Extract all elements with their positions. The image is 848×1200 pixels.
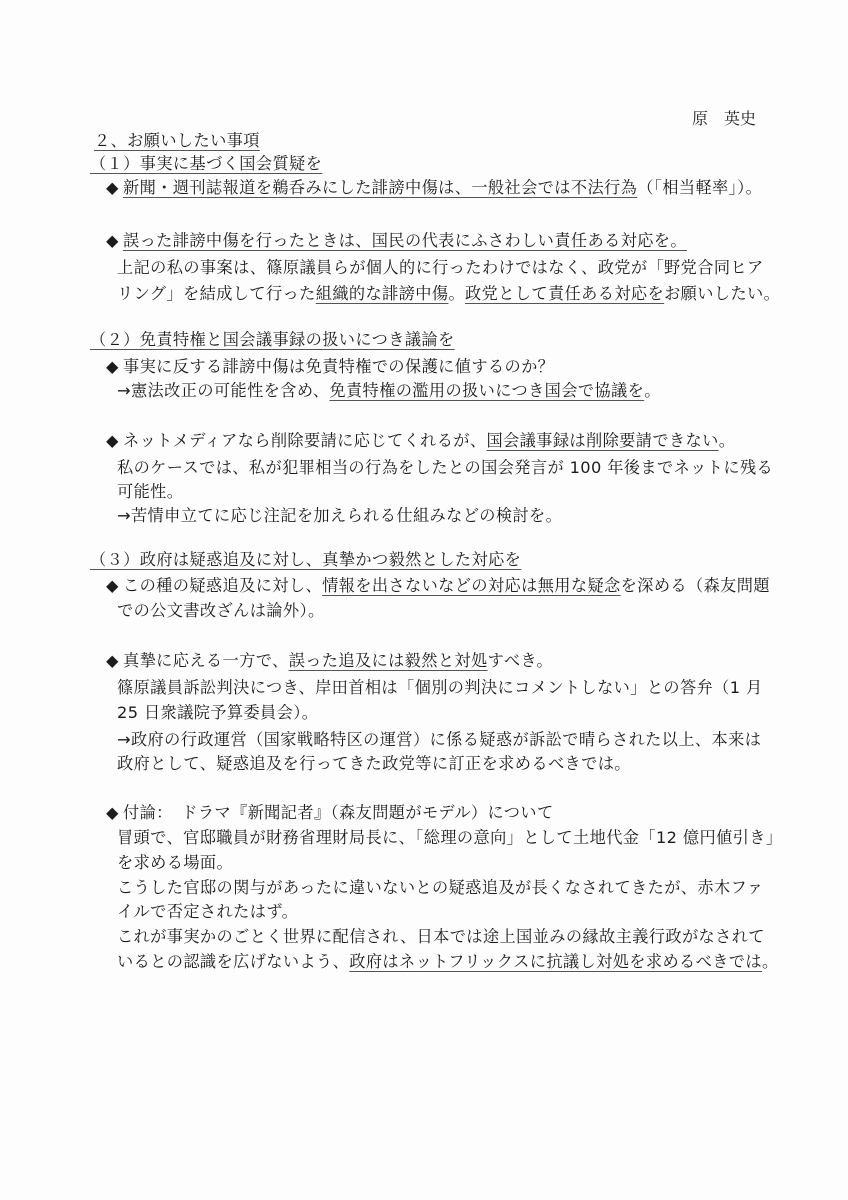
subsection-heading-3: （３）政府は疑惑追及に対し、真摯かつ毅然とした対応を — [90, 550, 521, 570]
paragraph-line: 可能性。 — [117, 482, 183, 502]
subsection-heading-1: （１）事実に基づく国会質疑を — [90, 154, 322, 174]
paragraph-line: イルで否定されたはず。 — [117, 902, 298, 922]
paragraph-line: →憲法改正の可能性を含め、免責特権の濫用の扱いにつき国会で協議を。 — [117, 381, 661, 401]
paragraph-line: 上記の私の事案は、篠原議員らが個人的に行ったわけではなく、政党が「野党合同ヒア — [117, 258, 764, 278]
paragraph-line: 政府として、疑惑追及を行ってきた政党等に訂正を求めるべきでは。 — [117, 754, 631, 774]
bullet-item-3-2: ◆真摯に応える一方で、誤った追及には毅然と対処すべき。 — [106, 651, 553, 671]
diamond-bullet-icon: ◆ — [106, 357, 123, 377]
bullet-item-1-2: ◆誤った誹謗中傷を行ったときは、国民の代表にふさわしい責任ある対応を。 — [106, 231, 687, 251]
document-page: 原 英史 ２、お願いしたい事項 （１）事実に基づく国会質疑を ◆新聞・週刊誌報道… — [0, 0, 848, 1200]
diamond-bullet-icon: ◆ — [106, 431, 123, 451]
paragraph-line: →政府の行政運営（国家戦略特区の運営）に係る疑惑が訴訟で晴らされた以上、本来は — [117, 730, 761, 750]
diamond-bullet-icon: ◆ — [106, 803, 123, 823]
subsection-heading-2: （２）免責特権と国会議事録の扱いにつき議論を — [90, 330, 455, 350]
diamond-bullet-icon: ◆ — [106, 231, 123, 251]
bullet-item-2-2: ◆ネットメディアなら削除要請に応じてくれるが、国会議事録は削除要請できない。 — [106, 431, 735, 451]
paragraph-line: こうした官邸の関与があったに違いないとの疑惑追及が長くなされてきたが、赤木ファ — [117, 878, 763, 898]
paragraph-line: 私のケースでは、私が犯罪相当の行為をしたとの国会発言が 100 年後までネットに… — [117, 458, 773, 478]
paragraph-line: を求める場面。 — [117, 853, 233, 873]
paragraph-line: 25 日衆議院予算委員会）。 — [117, 703, 318, 723]
paragraph-line: →苦情申立てに応じ注記を加えられる仕組みなどの検討を。 — [117, 506, 562, 526]
author-name: 原 英史 — [692, 106, 756, 129]
paragraph-line: いるとの認識を広げないよう、政府はネットフリックスに抗議し対処を求めるべきでは。 — [117, 952, 779, 972]
paragraph-line: での公文書改ざんは論外）。 — [117, 601, 325, 621]
bullet-item-3-1: ◆この種の疑惑追及に対し、情報を出さないなどの対応は無用な疑念を深める（森友問題 — [106, 576, 770, 596]
bullet-item-1-1: ◆新聞・週刊誌報道を鵜呑みにした誹謗中傷は、一般社会では不法行為（「相当軽率」）… — [106, 178, 762, 198]
section-title: ２、お願いしたい事項 — [94, 131, 260, 151]
bullet-item-3-3: ◆付論： ドラマ『新聞記者』（森友問題がモデル）について — [106, 803, 554, 823]
paragraph-line: 冒頭で、官邸職員が財務省理財局長に、「総理の意向」として土地代金「12 億円値引… — [117, 828, 782, 848]
diamond-bullet-icon: ◆ — [106, 651, 123, 671]
paragraph-line: これが事実かのごとく世界に配信され、日本では途上国並みの縁故主義行政がなされて — [117, 927, 765, 947]
paragraph-line: リング」を結成して行った組織的な誹謗中傷。政党として責任ある対応をお願いしたい。 — [117, 284, 780, 304]
paragraph-line: 篠原議員訴訟判決につき、岸田首相は「個別の判決にコメントしない」との答弁（1 月 — [117, 678, 763, 698]
diamond-bullet-icon: ◆ — [106, 178, 123, 198]
diamond-bullet-icon: ◆ — [106, 576, 123, 596]
bullet-item-2-1: ◆事実に反する誹謗中傷は免責特権での保護に値するのか？ — [106, 357, 554, 377]
